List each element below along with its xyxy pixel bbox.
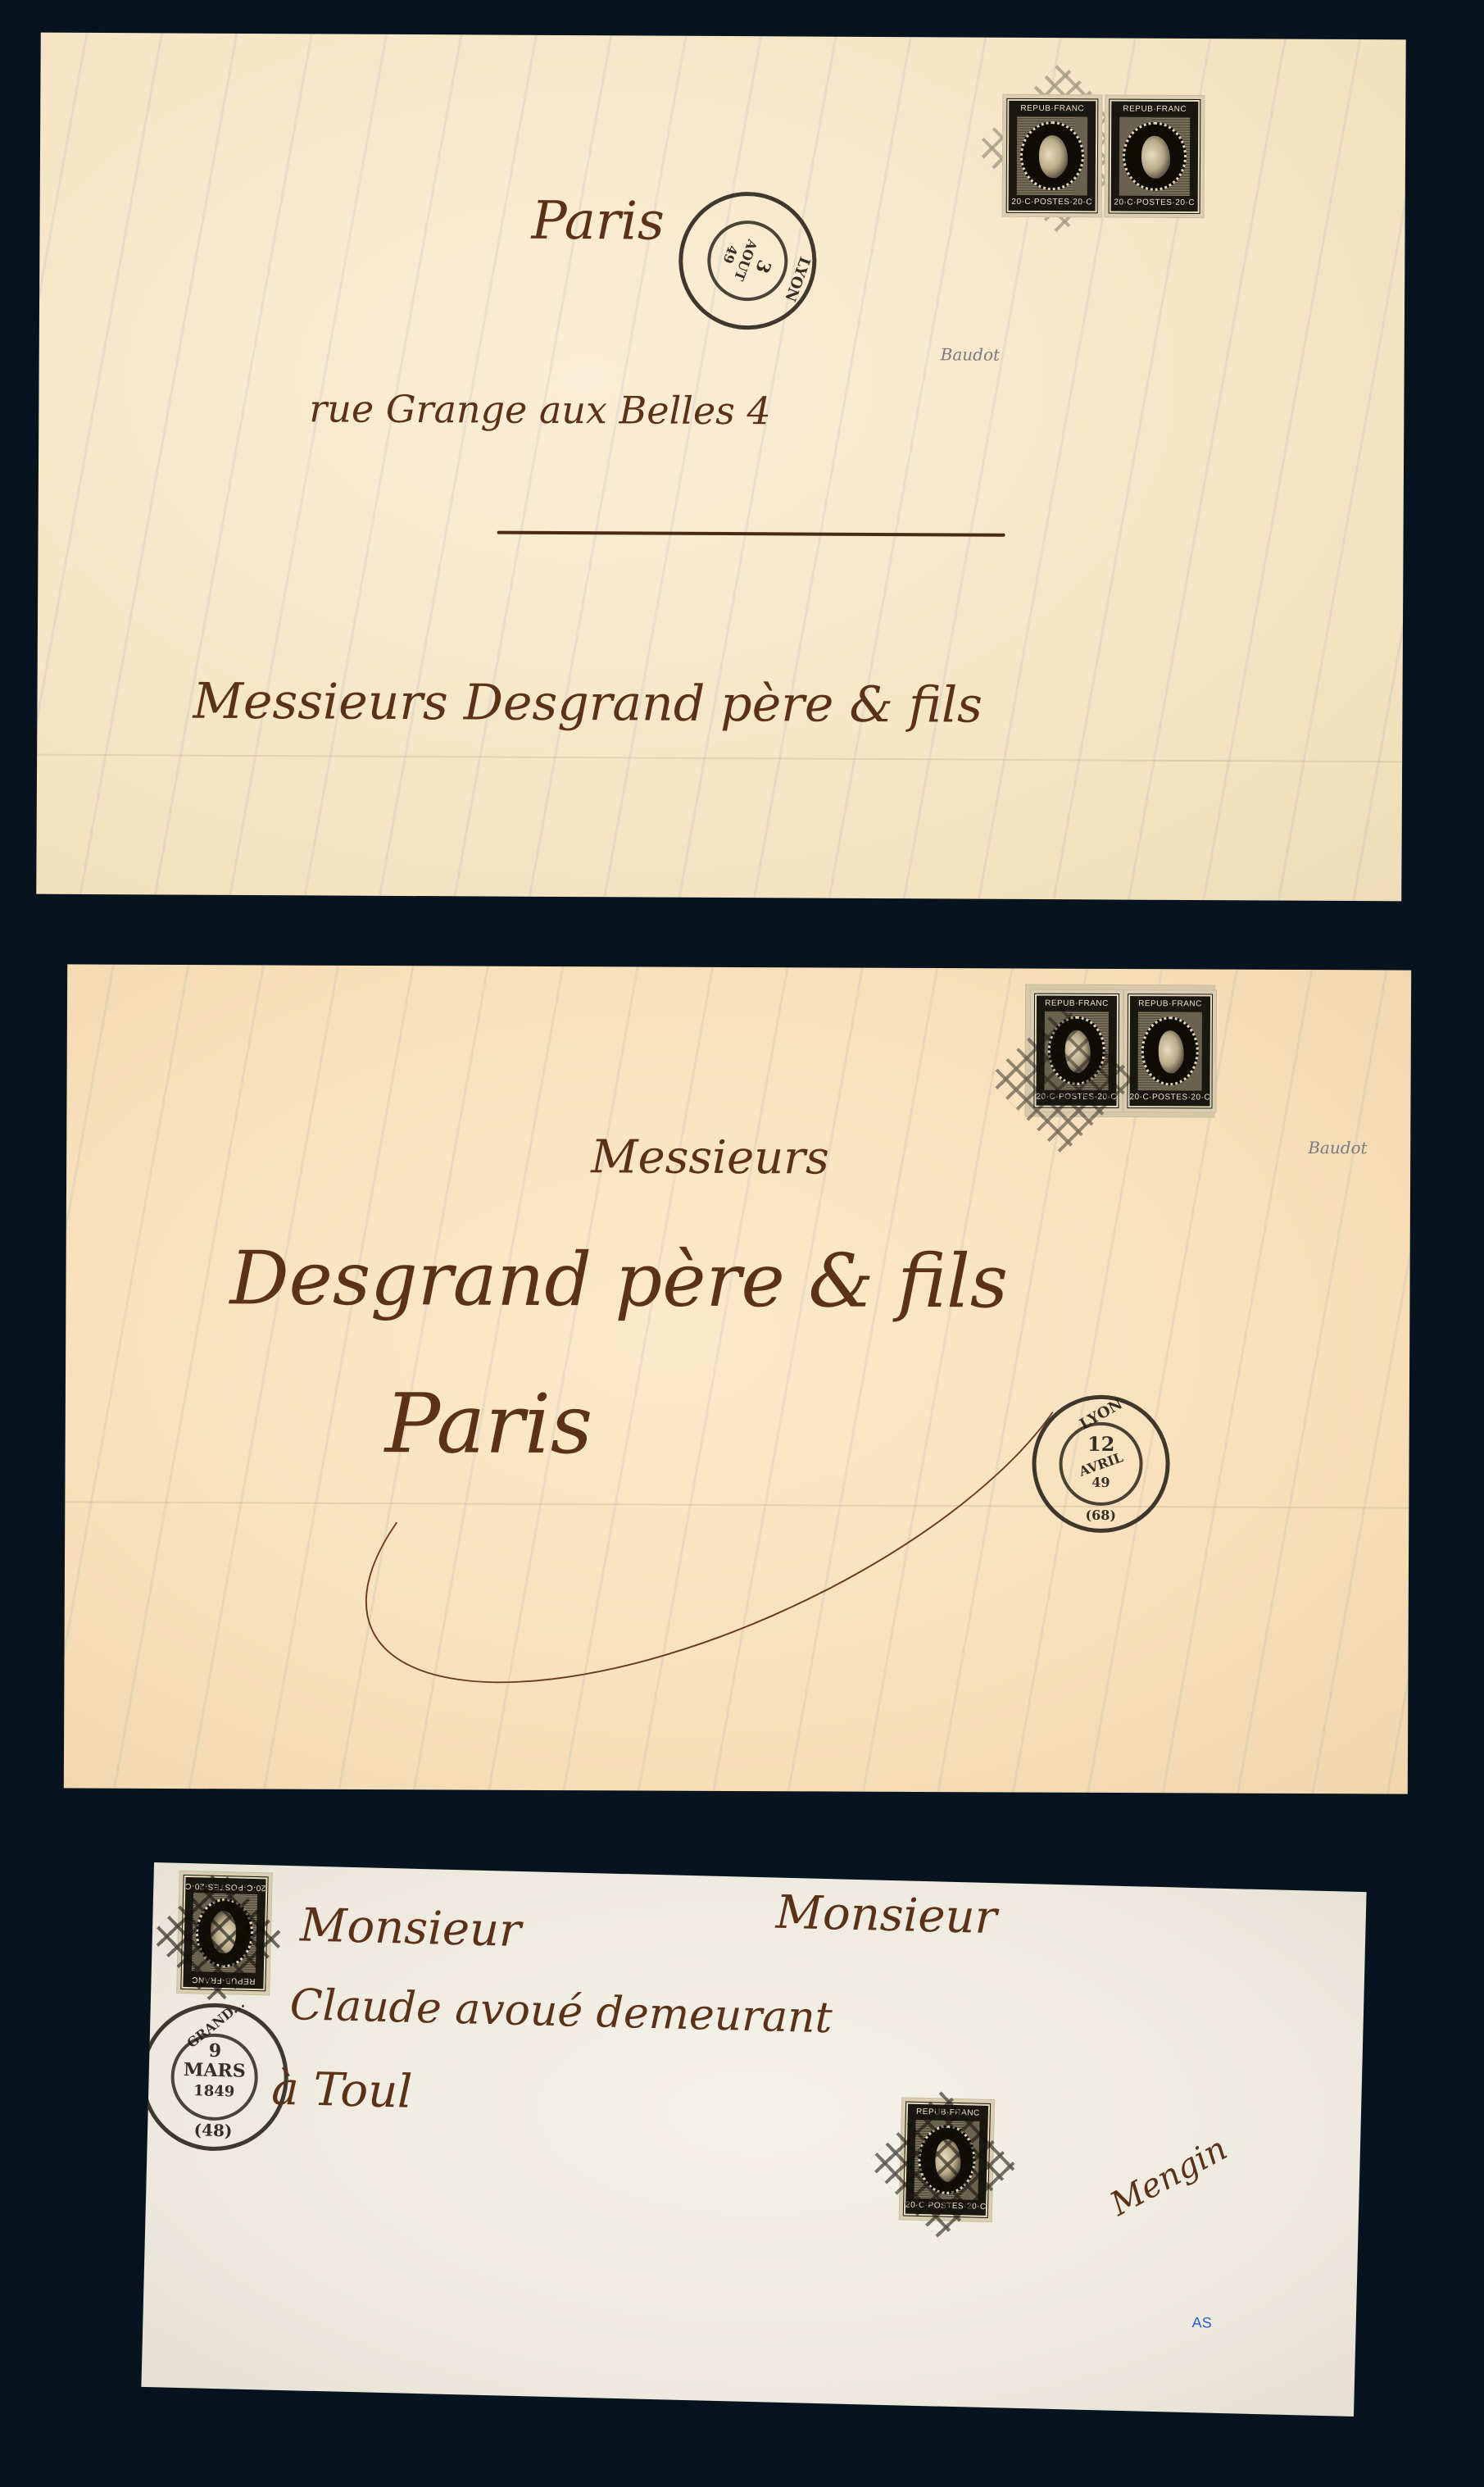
letter-front-3: REPUB·FRANC 20·C·POSTES·20·C GRAND... 9 …	[141, 1862, 1366, 2417]
address-street: rue Grange aux Belles 4	[309, 386, 771, 433]
addressee-name: Claude avoué demeurant	[289, 1980, 833, 2043]
addressee-title: Monsieur	[299, 1898, 521, 1957]
addressee-title: Messieurs	[591, 1130, 829, 1184]
blue-collector-mark: AS	[1191, 2314, 1212, 2332]
addressee-name: Messieurs Desgrand père & fils	[193, 673, 983, 734]
address-city: Paris	[531, 191, 665, 252]
ceres-stamp-right: REPUB·FRANC 20·C·POSTES·20·C	[1123, 990, 1216, 1112]
stamp-bottom-legend: 20·C·POSTES·20·C	[1129, 1091, 1209, 1104]
lyon-postmark: LYON 3 AOUT 49	[659, 172, 836, 349]
signature: Mengin	[1104, 2130, 1233, 2223]
addressee-title-2: Monsieur	[775, 1886, 997, 1945]
stamp-top-legend: REPUB·FRANC	[1130, 998, 1210, 1011]
address-city: à Toul	[271, 2062, 413, 2119]
ceres-stamp-left: REPUB·FRANC 20·C·POSTES·20·C	[1003, 95, 1102, 217]
postmark-dept: (48)	[143, 2119, 284, 2142]
lyon-postmark: LYON 12 AVRIL 49 (68)	[1032, 1395, 1170, 1534]
letter-cover-1: REPUB·FRANC 20·C·POSTES·20·C REPUB·FRANC…	[36, 33, 1405, 902]
stamp-bottom-legend: 20·C·POSTES·20·C	[1111, 196, 1198, 210]
postmark-dept: (68)	[1036, 1507, 1165, 1524]
postmark-year: 49	[1036, 1475, 1165, 1491]
stamp-top-legend: REPUB·FRANC	[1009, 102, 1096, 116]
postmark-year: 1849	[144, 2081, 284, 2102]
address-underline	[497, 531, 1005, 537]
ceres-head-icon	[1159, 1030, 1184, 1073]
letter-cover-2: REPUB·FRANC 20·C·POSTES·20·C REPUB·FRANC…	[64, 964, 1411, 1794]
stamp-top-legend: REPUB·FRANC	[1037, 998, 1117, 1011]
pencil-note: Baudot	[1308, 1138, 1367, 1157]
pencil-note: Baudot	[941, 344, 1001, 364]
fold-line	[37, 754, 1402, 763]
stamp-bottom-legend: 20·C·POSTES·20·C	[1009, 196, 1096, 210]
ceres-head-icon	[1039, 135, 1068, 178]
postmark-month: MARS	[145, 2058, 285, 2083]
stamp-top-legend: REPUB·FRANC	[1111, 102, 1198, 116]
town-postmark: GRAND... 9 MARS 1849 (48)	[141, 2002, 289, 2153]
grid-cancel-mark	[866, 2089, 1017, 2240]
ceres-stamp-right: REPUB·FRANC 20·C·POSTES·20·C	[1105, 95, 1205, 217]
ceres-head-icon	[1141, 136, 1170, 179]
